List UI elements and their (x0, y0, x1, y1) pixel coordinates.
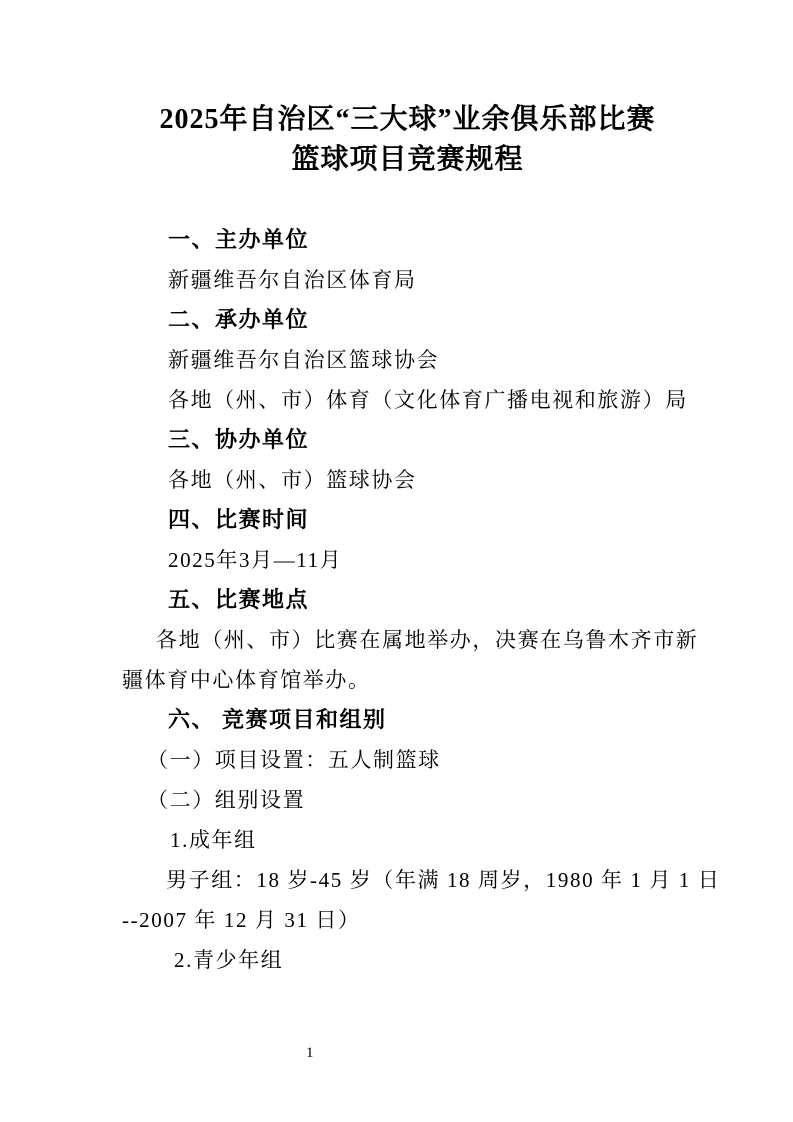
section-6-body-line-6: 2.青少年组 (174, 940, 283, 980)
section-2-body-line-2: 各地（州、市）体育（文化体育广播电视和旅游）局 (168, 380, 688, 420)
section-3-body-line-1: 各地（州、市）篮球协会 (168, 460, 417, 500)
section-4-body-line-1: 2025年3月—11月 (168, 540, 342, 580)
section-4-heading: 四、比赛时间 (168, 500, 309, 540)
section-5-heading: 五、比赛地点 (168, 580, 309, 620)
section-6-body-line-4: 男子组：18 岁-45 岁（年满 18 周岁，1980 年 1 月 1 日 (166, 860, 720, 900)
section-2-body-line-1: 新疆维吾尔自治区篮球协会 (168, 340, 439, 380)
section-2-heading: 二、承办单位 (168, 300, 309, 340)
section-6-body-line-3: 1.成年组 (170, 820, 257, 860)
section-5-body-line-1: 各地（州、市）比赛在属地举办，决赛在乌鲁木齐市新 (156, 620, 698, 660)
section-6-body-line-5: --2007 年 12 月 31 日） (122, 900, 361, 940)
document-title-line-1: 2025年自治区“三大球”业余俱乐部比赛 (0, 100, 793, 140)
section-5-body-line-2: 疆体育中心体育馆举办。 (122, 660, 371, 700)
section-1-body-line-1: 新疆维吾尔自治区体育局 (168, 260, 417, 300)
section-6-body-line-2: （二）组别设置 (147, 780, 305, 820)
section-6-heading: 六、 竞赛项目和组别 (168, 700, 387, 740)
section-6-body-line-1: （一）项目设置：五人制篮球 (147, 740, 441, 780)
document-title-line-2: 篮球项目竞赛规程 (0, 140, 793, 180)
section-3-heading: 三、协办单位 (168, 420, 309, 460)
section-1-heading: 一、主办单位 (168, 220, 309, 260)
page-number: 1 (306, 1042, 314, 1064)
document-page: 2025年自治区“三大球”业余俱乐部比赛 篮球项目竞赛规程 一、主办单位 新疆维… (0, 0, 793, 1122)
